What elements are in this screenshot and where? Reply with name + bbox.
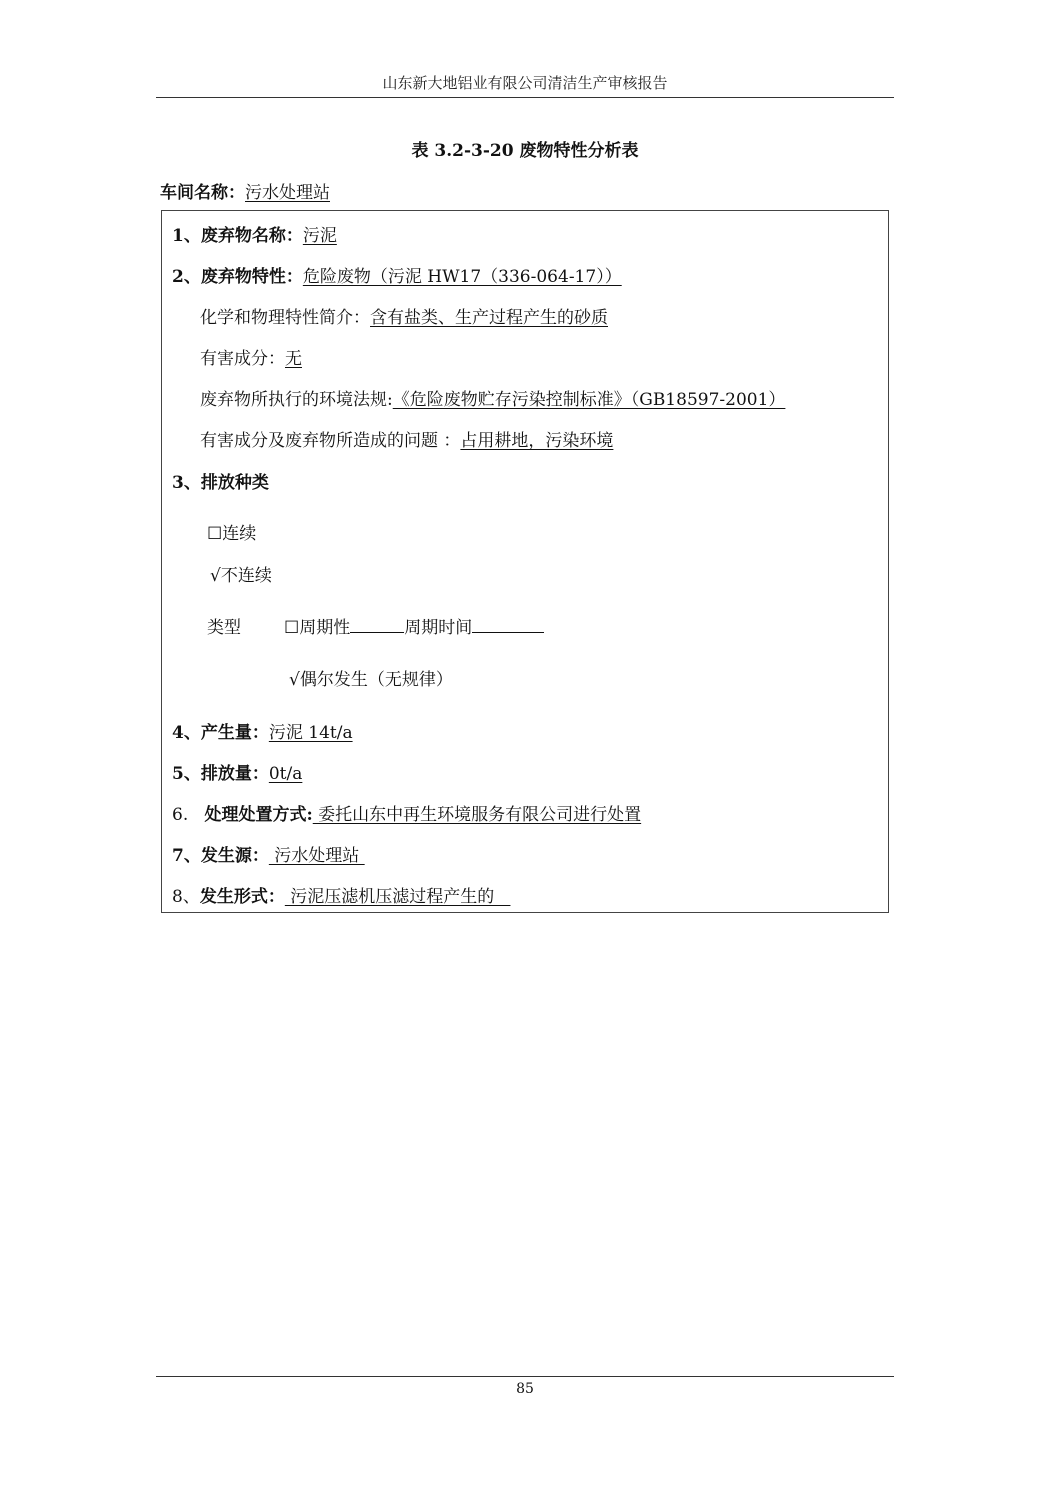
problem-label: 有害成分及废弃物所造成的问题 ： (200, 431, 460, 451)
source-row: 7、发生源： 污水处理站 (172, 841, 365, 866)
waste-name-label: 1、废弃物名称： (172, 226, 303, 246)
source-value: 污水处理站 (269, 846, 365, 866)
output-label: 4、产生量： (172, 723, 269, 743)
harmful-components-label: 有害成分： (200, 349, 285, 369)
source-label: 7、发生源： (172, 846, 269, 866)
form-number: 8、 (172, 887, 200, 907)
occasional-option: √偶尔发生（无规律） (289, 665, 453, 690)
page-number: 85 (0, 1381, 1050, 1397)
emission-label: 5、排放量： (172, 764, 269, 784)
checkbox-empty-icon: ☐ (207, 524, 222, 544)
disposal-number: 6. (172, 805, 188, 825)
discharge-type-heading: 3、排放种类 (172, 468, 269, 493)
discontinuous-option: √不连续 (210, 561, 272, 586)
harmful-components-row: 有害成分：无 (200, 344, 302, 369)
footer-divider (156, 1376, 894, 1377)
occasional-label: 偶尔发生（无规律） (300, 670, 453, 690)
disposal-value: 委托山东中再生环境服务有限公司进行处置 (313, 805, 641, 825)
checkbox-empty-icon: ☐ (284, 618, 299, 638)
regulation-row: 废弃物所执行的环境法规:《危险废物贮存污染控制标准》（GB18597-2001） (200, 385, 785, 410)
waste-property-row: 2、废弃物特性：危险废物（污泥 HW17（336-064-17）） (172, 262, 622, 287)
discontinuous-label: 不连续 (221, 566, 272, 586)
waste-property-label: 2、废弃物特性： (172, 267, 303, 287)
continuous-option: ☐连续 (207, 519, 256, 544)
running-header: 山东新大地铝业有限公司清洁生产审核报告 (156, 72, 894, 93)
chem-property-row: 化学和物理特性简介：含有盐类、生产过程产生的砂质 (200, 303, 608, 328)
periodic-blank (350, 616, 404, 633)
periodic-label: 周期性 (299, 618, 350, 638)
period-time-blank (472, 616, 544, 633)
harmful-components-value: 无 (285, 349, 302, 369)
chem-property-label: 化学和物理特性简介： (200, 308, 370, 328)
regulation-label: 废弃物所执行的环境法规: (200, 390, 393, 410)
chem-property-value: 含有盐类、生产过程产生的砂质 (370, 308, 608, 328)
waste-name-row: 1、废弃物名称：污泥 (172, 221, 337, 246)
waste-property-value: 危险废物（污泥 HW17（336-064-17）） (303, 267, 622, 287)
periodic-option: ☐周期性周期时间 (284, 613, 544, 638)
disposal-row: 6. 处理处置方式: 委托山东中再生环境服务有限公司进行处置 (172, 800, 641, 825)
workshop-label: 车间名称： (160, 183, 245, 203)
period-time-label: 周期时间 (404, 618, 472, 638)
form-label: 发生形式： (200, 887, 285, 907)
workshop-name: 车间名称：污水处理站 (160, 178, 330, 203)
checkmark-icon: √ (210, 566, 221, 586)
table-title: 表 3.2-3-20 废物特性分析表 (0, 136, 1050, 161)
disposal-label: 处理处置方式: (204, 805, 312, 825)
output-value: 污泥 14t/a (269, 723, 353, 743)
checkmark-icon: √ (289, 670, 300, 690)
emission-value: 0t/a (269, 764, 303, 784)
emission-row: 5、排放量：0t/a (172, 759, 302, 784)
regulation-value: 《危险废物贮存污染控制标准》（GB18597-2001） (393, 390, 786, 410)
problem-row: 有害成分及废弃物所造成的问题 ：占用耕地，污染环境 (200, 426, 613, 451)
waste-analysis-box: 1、废弃物名称：污泥 2、废弃物特性：危险废物（污泥 HW17（336-064-… (161, 210, 889, 913)
continuous-label: 连续 (222, 524, 256, 544)
form-row: 8、发生形式： 污泥压滤机压滤过程产生的 (172, 882, 510, 907)
workshop-value: 污水处理站 (245, 183, 330, 203)
header-divider (156, 97, 894, 98)
type-label: 类型 (207, 613, 241, 638)
problem-value: 占用耕地，污染环境 (460, 431, 613, 451)
waste-name-value: 污泥 (303, 226, 337, 246)
form-value: 污泥压滤机压滤过程产生的 (285, 887, 511, 907)
output-row: 4、产生量：污泥 14t/a (172, 718, 353, 743)
